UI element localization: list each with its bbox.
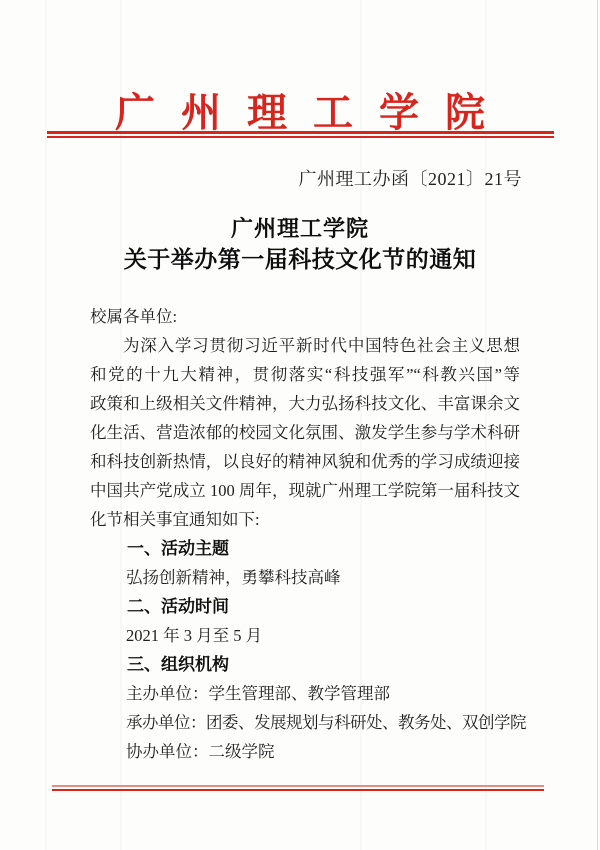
notice-title-line1: 广州理工学院 <box>0 212 600 243</box>
salutation: 校属各单位: <box>90 302 520 331</box>
letterhead-divider-line <box>47 131 554 138</box>
section-3-heading: 三、组织机构 <box>90 650 520 679</box>
footer-divider-line <box>52 785 544 791</box>
document-body: 校属各单位: 为深入学习贯彻习近平新时代中国特色社会主义思想 和党的十九大精神，… <box>90 302 520 766</box>
letterhead-title: 广州理工学院 <box>0 81 600 138</box>
section-2-line: 2021 年 3 月至 5 月 <box>90 621 520 650</box>
document-number: 广州理工办函〔2021〕21号 <box>299 165 523 191</box>
paragraph-line: 化节相关事宜通知如下: <box>90 505 520 534</box>
section-1-heading: 一、活动主题 <box>90 534 520 563</box>
paragraph-line: 政策和上级相关文件精神，大力弘扬科技文化、丰富课余文 <box>90 389 520 418</box>
section-3-line: 承办单位：团委、发展规划与科研处、教务处、双创学院 <box>90 708 520 737</box>
section-3-line: 协办单位：二级学院 <box>90 737 520 766</box>
paragraph-line: 为深入学习贯彻习近平新时代中国特色社会主义思想 <box>90 331 520 360</box>
paragraph-line: 和科技创新热情，以良好的精神风貌和优秀的学习成绩迎接 <box>90 447 520 476</box>
notice-title-line2: 关于举办第一届科技文化节的通知 <box>0 241 600 274</box>
paragraph-line: 和党的十九大精神，贯彻落实“科技强军”“科教兴国”等 <box>90 360 520 389</box>
section-1-line: 弘扬创新精神，勇攀科技高峰 <box>90 563 520 592</box>
scanned-document-page: { "colors": { "red": "#d6251d", "red_lig… <box>0 0 600 850</box>
paragraph-line: 化生活、营造浓郁的校园文化氛围、激发学生参与学术科研 <box>90 418 520 447</box>
paragraph-line: 中国共产党成立 100 周年，现就广州理工学院第一届科技文 <box>90 476 520 505</box>
section-3-line: 主办单位：学生管理部、教学管理部 <box>90 679 520 708</box>
section-2-heading: 二、活动时间 <box>90 592 520 621</box>
